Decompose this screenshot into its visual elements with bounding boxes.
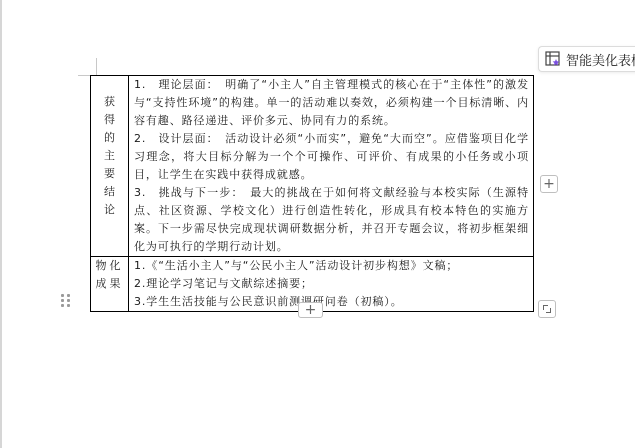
outcome-item: 1.《“生活小主人”与“公民小主人”活动设计初步构想》文稿；	[134, 257, 529, 275]
header-char: 主	[104, 147, 115, 165]
table-row-conclusions: 获 得 的 主 要 结 论 1. 理论层面： 明确了“小主人”自主管理模式的核心…	[91, 76, 534, 257]
header-char: 要	[104, 165, 115, 183]
content-cell-outcomes[interactable]: 1.《“生活小主人”与“公民小主人”活动设计初步构想》文稿； 2.理论学习笔记与…	[129, 257, 534, 312]
row-header-cell[interactable]: 物化成果	[91, 257, 129, 312]
plus-icon: +	[543, 177, 555, 191]
page-corner-mark-vertical	[96, 58, 97, 76]
header-char: 结	[104, 183, 115, 201]
row-header-outcomes: 物化成果	[91, 257, 128, 293]
plus-icon: +	[305, 303, 317, 317]
row-header-cell[interactable]: 获 得 的 主 要 结 论	[91, 76, 129, 257]
conclusions-table: 获 得 的 主 要 结 论 1. 理论层面： 明确了“小主人”自主管理模式的核心…	[90, 75, 534, 312]
add-row-button[interactable]: +	[298, 302, 323, 318]
header-char: 得	[104, 111, 115, 129]
resize-icon-corner	[546, 308, 551, 313]
page-edge	[0, 0, 2, 448]
add-column-button[interactable]: +	[540, 175, 558, 193]
paragraph-design: 2. 设计层面： 活动设计必须“小而实”，避免“大而空”。应借鉴项目化学习理念，…	[134, 130, 529, 184]
smart-beautify-table-button[interactable]: 智能美化表格	[538, 46, 635, 72]
header-char: 论	[104, 201, 115, 219]
table-resize-button[interactable]	[538, 300, 556, 318]
outcome-item: 2.理论学习笔记与文献综述摘要；	[134, 275, 529, 293]
table-magic-icon	[545, 51, 561, 67]
paragraph-theory: 1. 理论层面： 明确了“小主人”自主管理模式的核心在于“主体性”的激发与“支持…	[134, 76, 529, 130]
row-header-vertical: 获 得 的 主 要 结 论	[91, 76, 128, 219]
outcome-item: 3.学生生活技能与公民意识前测调研问卷（初稿）。	[134, 293, 529, 311]
header-char: 的	[104, 129, 115, 147]
smart-beautify-table-label: 智能美化表格	[566, 50, 635, 69]
paragraph-challenge: 3. 挑战与下一步： 最大的挑战在于如何将文献经验与本校实际（生源特点、社区资源…	[134, 184, 529, 256]
content-cell-conclusions[interactable]: 1. 理论层面： 明确了“小主人”自主管理模式的核心在于“主体性”的激发与“支持…	[129, 76, 534, 257]
header-char: 获	[104, 93, 115, 111]
drag-handle-icon[interactable]	[61, 294, 70, 308]
